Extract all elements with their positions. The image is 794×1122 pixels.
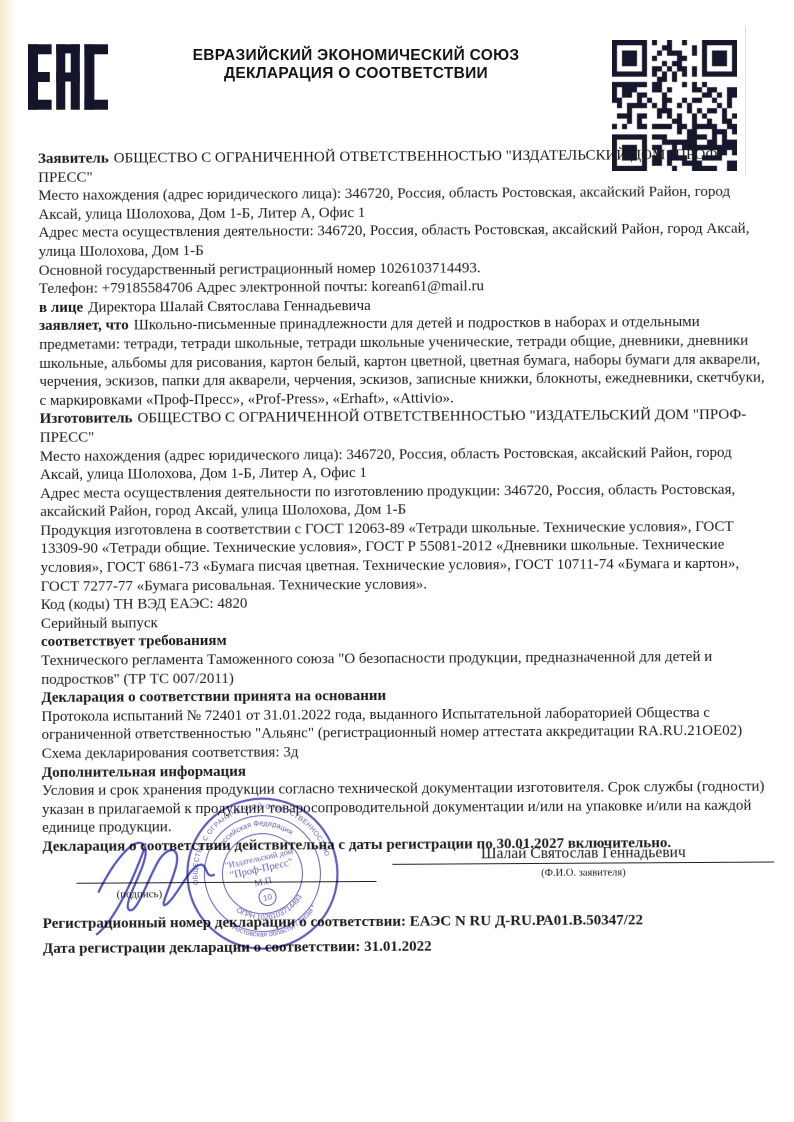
manufacturer-address-legal: Место нахождения (адрес юридического лиц… — [40, 443, 774, 485]
applicant-address-activity: Адрес места осуществления деятельности: … — [38, 220, 772, 262]
stamp-number: 10 — [262, 892, 273, 903]
registration-date-line: Дата регистрации декларации о соответств… — [43, 936, 777, 959]
applicant-label: Заявитель — [38, 151, 109, 167]
applicant-name: ОБЩЕСТВО С ОГРАНИЧЕННОЙ ОТВЕТСТВЕННОСТЬЮ… — [38, 147, 722, 186]
declaration-document-page: ЕВРАЗИЙСКИЙ ЭКОНОМИЧЕСКИЙ СОЮЗ ДЕКЛАРАЦИ… — [0, 0, 794, 1122]
document-body: ЗаявительОБЩЕСТВО С ОГРАНИЧЕННОЙ ОТВЕТСТ… — [38, 146, 777, 959]
declarant-name: Шалай Святослав Геннадьевич — [392, 842, 774, 863]
signature-block: (подпись) Шалай Святослав Геннадьевич (Ф… — [42, 856, 776, 914]
document-header: ЕВРАЗИЙСКИЙ ЭКОНОМИЧЕСКИЙ СОЮЗ ДЕКЛАРАЦИ… — [118, 47, 594, 83]
products-text: Школьно-письменные принадлежности для де… — [39, 314, 765, 408]
person-name: Директора Шалай Святослава Геннадьевича — [88, 298, 371, 316]
manufacturer-name: ОБЩЕСТВО С ОГРАНИЧЕННОЙ ОТВЕТСТВЕННОСТЬЮ… — [40, 407, 747, 446]
scan-edge-artifact — [0, 0, 16, 1122]
stamp-mp-label: М.П. — [253, 875, 275, 889]
basis-text: Протокола испытаний № 72401 от 31.01.202… — [41, 703, 775, 745]
doc-title: ДЕКЛАРАЦИЯ О СООТВЕТСТВИИ — [118, 65, 594, 83]
applicant-line: ЗаявительОБЩЕСТВО С ОГРАНИЧЕННОЙ ОТВЕТСТ… — [38, 146, 772, 188]
person-label: в лице — [39, 299, 83, 315]
declarant-name-label: (Ф.И.О. заявителя) — [392, 863, 774, 884]
declarant-name-block: Шалай Святослав Геннадьевич (Ф.И.О. заяв… — [392, 842, 774, 884]
eac-mark-logo — [28, 44, 108, 115]
gost-standards: Продукция изготовлена в соответствии с Г… — [40, 517, 774, 596]
compliance-text: Технического регламента Таможенного союз… — [41, 648, 775, 690]
manufacturer-label: Изготовитель — [40, 411, 133, 428]
declared-products: заявляет, чтоШкольно-письменные принадле… — [39, 313, 774, 410]
company-stamp: ОБЩЕСТВО С ОГРАНИЧЕННОЙ ОТВЕТСТВЕННОСТЬЮ… — [182, 793, 343, 954]
manufacturer-line: ИзготовительОБЩЕСТВО С ОГРАНИЧЕННОЙ ОТВЕ… — [40, 406, 774, 448]
applicant-address-legal: Место нахождения (адрес юридического лиц… — [38, 183, 772, 225]
union-title: ЕВРАЗИЙСКИЙ ЭКОНОМИЧЕСКИЙ СОЮЗ — [118, 47, 594, 65]
manufacturer-address-production: Адрес места осуществления деятельности п… — [40, 480, 774, 522]
declares-label: заявляет, что — [39, 318, 129, 335]
